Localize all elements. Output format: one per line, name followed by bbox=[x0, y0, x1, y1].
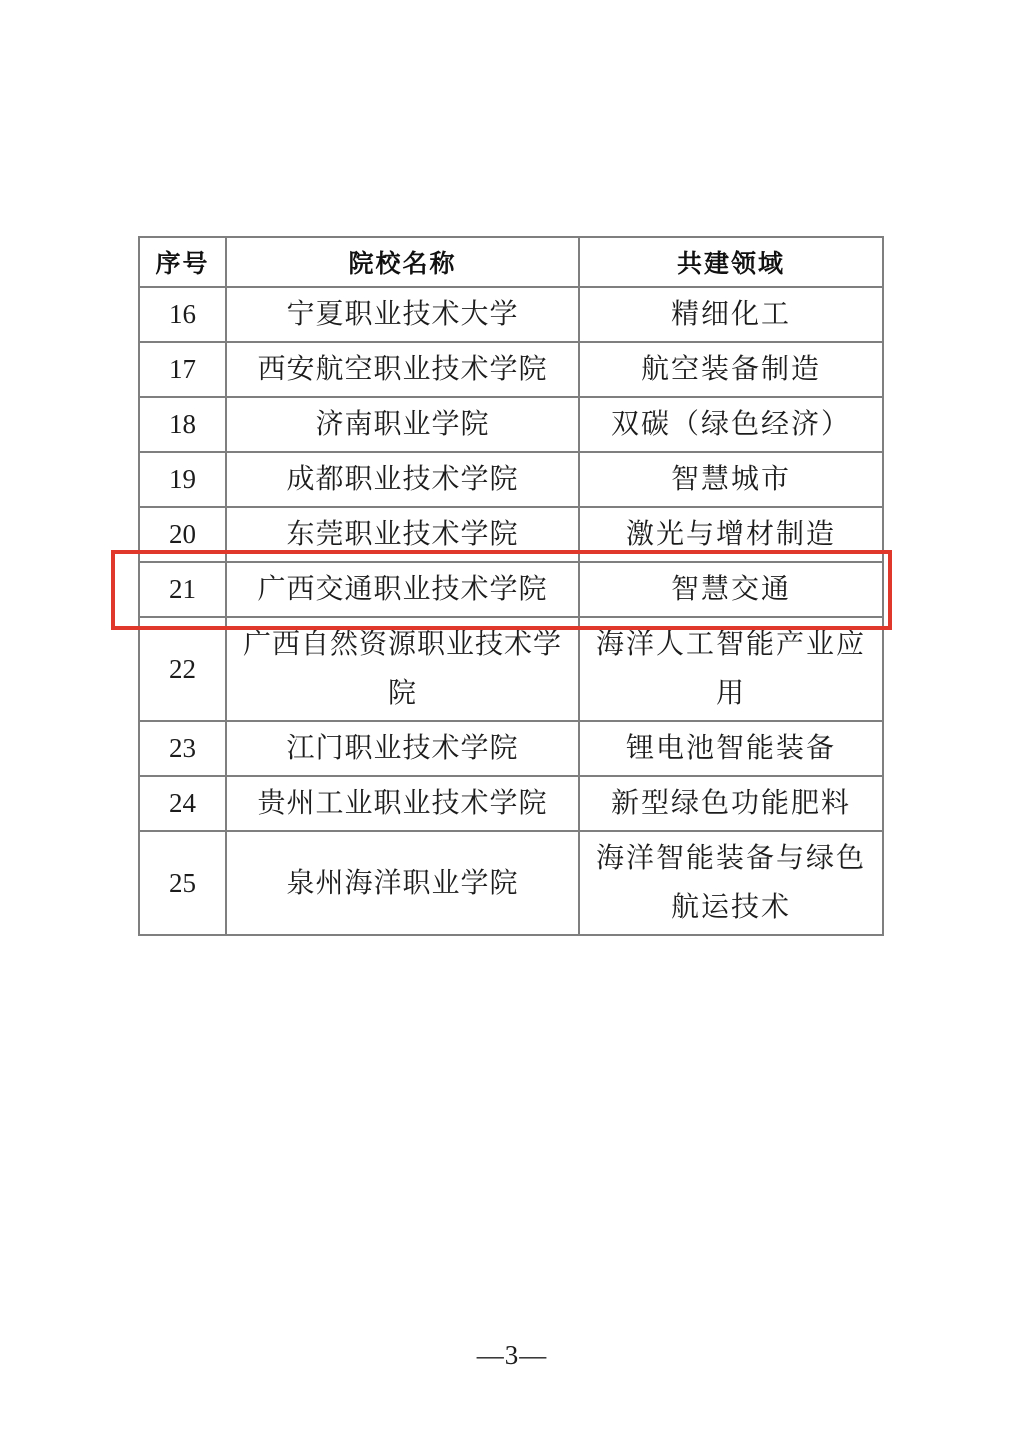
cell-no: 17 bbox=[139, 342, 226, 397]
table-row: 19 成都职业技术学院 智慧城市 bbox=[139, 452, 883, 507]
cell-school: 东莞职业技术学院 bbox=[226, 507, 579, 562]
table-row: 17 西安航空职业技术学院 航空装备制造 bbox=[139, 342, 883, 397]
cell-school: 广西自然资源职业技术学院 bbox=[226, 617, 579, 721]
cell-field: 新型绿色功能肥料 bbox=[579, 776, 883, 831]
cell-field: 锂电池智能装备 bbox=[579, 721, 883, 776]
cell-field: 海洋智能装备与绿色航运技术 bbox=[579, 831, 883, 935]
cell-no: 23 bbox=[139, 721, 226, 776]
table-row: 23 江门职业技术学院 锂电池智能装备 bbox=[139, 721, 883, 776]
cell-school: 宁夏职业技术大学 bbox=[226, 287, 579, 342]
table-row: 22 广西自然资源职业技术学院 海洋人工智能产业应用 bbox=[139, 617, 883, 721]
cell-no: 21 bbox=[139, 562, 226, 617]
cell-no: 18 bbox=[139, 397, 226, 452]
cell-school: 西安航空职业技术学院 bbox=[226, 342, 579, 397]
table-row: 16 宁夏职业技术大学 精细化工 bbox=[139, 287, 883, 342]
table-row: 18 济南职业学院 双碳（绿色经济） bbox=[139, 397, 883, 452]
table-row: 24 贵州工业职业技术学院 新型绿色功能肥料 bbox=[139, 776, 883, 831]
cell-no: 22 bbox=[139, 617, 226, 721]
col-header-field: 共建领域 bbox=[579, 237, 883, 287]
cell-no: 16 bbox=[139, 287, 226, 342]
cell-school: 济南职业学院 bbox=[226, 397, 579, 452]
cell-no: 19 bbox=[139, 452, 226, 507]
table-row: 25 泉州海洋职业学院 海洋智能装备与绿色航运技术 bbox=[139, 831, 883, 935]
cell-school: 贵州工业职业技术学院 bbox=[226, 776, 579, 831]
cell-school: 江门职业技术学院 bbox=[226, 721, 579, 776]
cell-field: 精细化工 bbox=[579, 287, 883, 342]
cell-field: 双碳（绿色经济） bbox=[579, 397, 883, 452]
table-header-row: 序号 院校名称 共建领域 bbox=[139, 237, 883, 287]
cell-no: 20 bbox=[139, 507, 226, 562]
page-number: —3— bbox=[0, 1340, 1024, 1371]
cell-no: 25 bbox=[139, 831, 226, 935]
cell-school: 泉州海洋职业学院 bbox=[226, 831, 579, 935]
table-row: 20 东莞职业技术学院 激光与增材制造 bbox=[139, 507, 883, 562]
cell-field: 海洋人工智能产业应用 bbox=[579, 617, 883, 721]
cell-school: 广西交通职业技术学院 bbox=[226, 562, 579, 617]
col-header-school: 院校名称 bbox=[226, 237, 579, 287]
cell-field: 智慧交通 bbox=[579, 562, 883, 617]
cell-school: 成都职业技术学院 bbox=[226, 452, 579, 507]
cell-field: 航空装备制造 bbox=[579, 342, 883, 397]
col-header-no: 序号 bbox=[139, 237, 226, 287]
cell-field: 激光与增材制造 bbox=[579, 507, 883, 562]
cell-field: 智慧城市 bbox=[579, 452, 883, 507]
cell-no: 24 bbox=[139, 776, 226, 831]
institutions-table: 序号 院校名称 共建领域 16 宁夏职业技术大学 精细化工 17 西安航空职业技… bbox=[138, 236, 884, 936]
document-page: 序号 院校名称 共建领域 16 宁夏职业技术大学 精细化工 17 西安航空职业技… bbox=[0, 0, 1024, 1448]
table-row: 21 广西交通职业技术学院 智慧交通 bbox=[139, 562, 883, 617]
